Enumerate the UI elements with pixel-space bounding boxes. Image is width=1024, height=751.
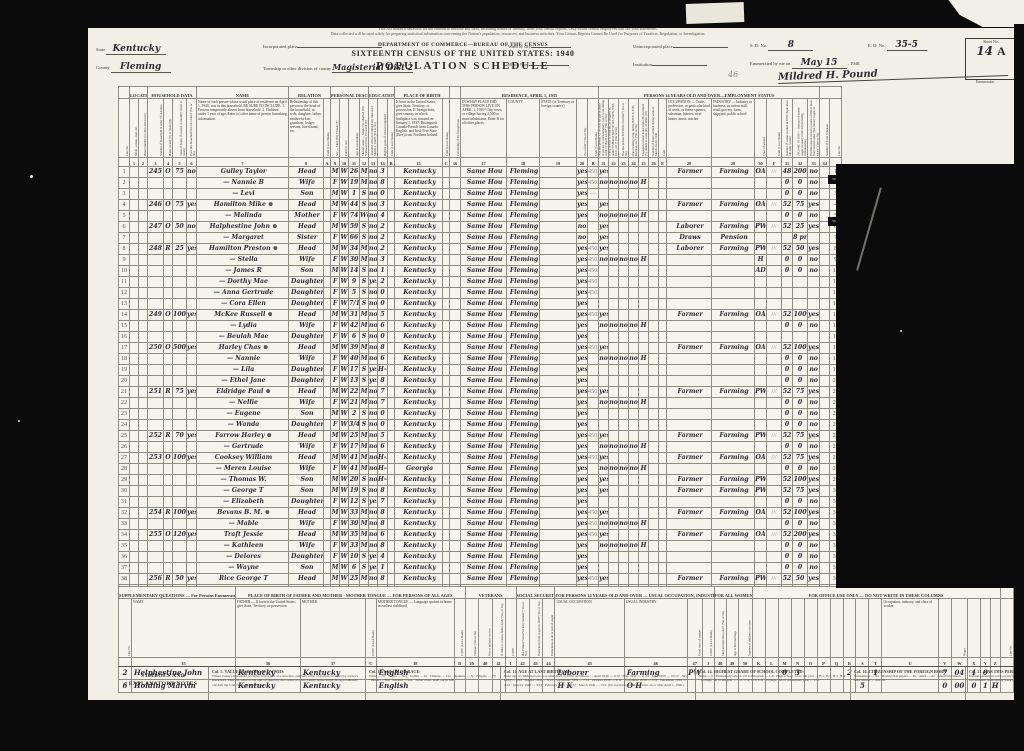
cell-pb: Kentucky bbox=[395, 442, 443, 453]
cell-oi: no bbox=[808, 189, 820, 200]
cell-mr: Wd bbox=[360, 211, 369, 222]
column-header-cA: Code (Leave blank) bbox=[324, 99, 331, 158]
cell-cf: /// bbox=[767, 387, 782, 398]
cell-fs bbox=[820, 453, 830, 464]
cell-rl: Wife bbox=[289, 178, 324, 189]
cell-rst bbox=[540, 266, 577, 277]
column-number-gr: 14 bbox=[378, 158, 388, 167]
cell-st1 bbox=[130, 387, 139, 398]
cell-cE bbox=[659, 497, 667, 508]
cell-ctz bbox=[450, 211, 461, 222]
cell-nm: Cooksey William bbox=[197, 453, 289, 464]
cell-rst bbox=[540, 475, 577, 486]
cell-oc: Farmer bbox=[667, 453, 712, 464]
cell-cw: OA bbox=[755, 508, 767, 519]
cell-tn bbox=[164, 189, 173, 200]
table-row: 13— Cora EllenDaughterFW7/12Sno0Kentucky… bbox=[119, 299, 842, 310]
cell-tn bbox=[164, 299, 173, 310]
cell-hn bbox=[139, 442, 148, 453]
cell-gr: 0 bbox=[378, 409, 388, 420]
cell-sx: F bbox=[331, 376, 340, 387]
column-group-header: RESIDENCE, APRIL 1, 1935 bbox=[461, 87, 599, 99]
cell-rco: Fleming bbox=[507, 420, 540, 431]
cell-ind bbox=[712, 519, 755, 530]
cell-rf: yes bbox=[577, 497, 588, 508]
cell-cl: W bbox=[340, 552, 349, 563]
cell-st1 bbox=[130, 222, 139, 233]
table-row: 1245O75noGulley TaylorHeadMW26Mno3Kentuc… bbox=[119, 167, 842, 178]
cell-sc: no bbox=[369, 244, 378, 255]
cell-cw: OA bbox=[755, 343, 767, 354]
cell-fs bbox=[820, 442, 830, 453]
cell-hh bbox=[148, 189, 164, 200]
cell-cw: PW bbox=[755, 475, 767, 486]
cell-rst bbox=[540, 167, 577, 178]
cell-gr: 2 bbox=[378, 233, 388, 244]
cell-gr: 8 bbox=[378, 519, 388, 530]
cell-oc bbox=[667, 442, 712, 453]
cell-sx: M bbox=[331, 310, 340, 321]
column-header-ln: Line No. bbox=[119, 99, 130, 158]
cell-sc: no bbox=[369, 255, 378, 266]
cell-rc: Same Hou bbox=[461, 420, 507, 431]
cell-ln: 8 bbox=[119, 244, 130, 255]
cell-ln: 4 bbox=[119, 200, 130, 211]
cell-wg: 100 bbox=[793, 310, 808, 321]
cell-tn: O bbox=[164, 453, 173, 464]
cell-cC bbox=[443, 475, 450, 486]
cell-cf bbox=[767, 409, 782, 420]
cell-fm bbox=[187, 255, 197, 266]
cell-pb: Kentucky bbox=[395, 574, 443, 585]
cell-e2 bbox=[609, 497, 619, 508]
cell-hh bbox=[148, 321, 164, 332]
column-header-oY bbox=[980, 599, 990, 658]
cell-oi bbox=[808, 332, 820, 343]
table-row: 21251R75yesEldridge Paul ⊗HeadMW22Mno7Ke… bbox=[119, 387, 842, 398]
cell-ag: 22 bbox=[349, 387, 360, 398]
column-header-e2: If not, was he at work on, or assigned t… bbox=[609, 99, 619, 158]
cell-oi: yes bbox=[808, 222, 820, 233]
cell-st1 bbox=[130, 409, 139, 420]
column-header-fm: Does this household live on a farm? (Yes… bbox=[187, 99, 197, 158]
cell-ind: Farming bbox=[712, 167, 755, 178]
cell-pb: Kentucky bbox=[395, 255, 443, 266]
cell-cf: /// bbox=[767, 310, 782, 321]
table-row: 8248R25yesHamilton Preston ⊗HeadMW34Mno2… bbox=[119, 244, 842, 255]
cell-pb: Kentucky bbox=[395, 211, 443, 222]
cell-sx: M bbox=[331, 222, 340, 233]
cell-wg: 0 bbox=[793, 519, 808, 530]
cell-rf: yes bbox=[577, 200, 588, 211]
cell-rl: Daughter bbox=[289, 277, 324, 288]
cell-hr bbox=[649, 277, 659, 288]
cell-e4 bbox=[629, 233, 639, 244]
cell-cB bbox=[388, 519, 395, 530]
cell-sx: M bbox=[331, 486, 340, 497]
cell-e1 bbox=[599, 332, 609, 343]
cell-fm: yes bbox=[187, 200, 197, 211]
cell-oi: no bbox=[808, 321, 820, 332]
cell-cE bbox=[659, 464, 667, 475]
cell-vl bbox=[173, 321, 187, 332]
cell-oc: Farmer bbox=[667, 530, 712, 541]
cell-gr: 3 bbox=[378, 167, 388, 178]
cell-ln: 20 bbox=[119, 376, 130, 387]
cell-rf: yes bbox=[577, 453, 588, 464]
cell-ctz bbox=[450, 552, 461, 563]
cell-nm: Hamilton Mike ⊗ bbox=[197, 200, 289, 211]
cell-rco: Fleming bbox=[507, 332, 540, 343]
cell-rst bbox=[540, 299, 577, 310]
cell-cl: W bbox=[340, 288, 349, 299]
column-number-rl: 8 bbox=[289, 158, 324, 167]
cell-e1: no bbox=[599, 211, 609, 222]
cell-e3 bbox=[619, 563, 629, 574]
cell-mr: M bbox=[360, 442, 369, 453]
cell-e3 bbox=[619, 266, 629, 277]
cell-rco: Fleming bbox=[507, 497, 540, 508]
cell-oi: yes bbox=[808, 343, 820, 354]
cell-rco: Fleming bbox=[507, 464, 540, 475]
cell-cA bbox=[324, 387, 331, 398]
cell-sx: M bbox=[331, 563, 340, 574]
cell-fs bbox=[820, 233, 830, 244]
cell-pb: Kentucky bbox=[395, 288, 443, 299]
cell-e5 bbox=[639, 574, 649, 585]
cell-pb: Kentucky bbox=[395, 431, 443, 442]
cell-hh bbox=[148, 277, 164, 288]
cell-rc: Same Hou bbox=[461, 486, 507, 497]
cell-nm: Farrow Harley ⊗ bbox=[197, 431, 289, 442]
cell-e1: yes bbox=[599, 431, 609, 442]
cell-cA bbox=[324, 310, 331, 321]
cell-wg: 0 bbox=[793, 442, 808, 453]
sd-field: S. D. No. 8 bbox=[750, 40, 813, 51]
cell-ctz bbox=[450, 343, 461, 354]
cell-cB bbox=[388, 409, 395, 420]
cell-cE bbox=[659, 288, 667, 299]
cell-e2: no bbox=[609, 398, 619, 409]
cell-cl: W bbox=[340, 475, 349, 486]
cell-rc: Same Hou bbox=[461, 178, 507, 189]
cell-wk bbox=[782, 288, 793, 299]
cell-cB bbox=[388, 354, 395, 365]
cell-rl: Head bbox=[289, 343, 324, 354]
cell-e3 bbox=[619, 574, 629, 585]
cell-ln: 37 bbox=[119, 563, 130, 574]
cell-rl: Head bbox=[289, 222, 324, 233]
cell-e1: yes bbox=[599, 475, 609, 486]
cell-cl: W bbox=[340, 178, 349, 189]
cell-vl bbox=[173, 266, 187, 277]
sheet-letter: A bbox=[997, 44, 1006, 59]
population-schedule-table-wrap: LOCATIONHOUSEHOLD DATANAMERELATIONPERSON… bbox=[118, 86, 834, 607]
cell-cw bbox=[755, 563, 767, 574]
cell-oi: no bbox=[808, 365, 820, 376]
cell-wg: 0 bbox=[793, 541, 808, 552]
column-number-rco: 18 bbox=[507, 158, 540, 167]
cell-oi: yes bbox=[808, 200, 820, 211]
cell-wk: 52 bbox=[782, 475, 793, 486]
cell-e2 bbox=[609, 222, 619, 233]
cell-wk: 52 bbox=[782, 387, 793, 398]
cell-e5 bbox=[639, 277, 649, 288]
cell-oi: yes bbox=[808, 486, 820, 497]
cell-e5: H bbox=[639, 464, 649, 475]
cell-sx: M bbox=[331, 409, 340, 420]
cell-cl: W bbox=[340, 310, 349, 321]
column-number-ctz: 16 bbox=[450, 158, 461, 167]
column-number-pb: 15 bbox=[395, 158, 443, 167]
column-header-mr: Marital status — Single (S), Married (M)… bbox=[360, 99, 369, 158]
cell-st1 bbox=[130, 189, 139, 200]
column-number-cA: A bbox=[324, 158, 331, 167]
cell-cC bbox=[443, 288, 450, 299]
cell-vl bbox=[173, 486, 187, 497]
cell-hh bbox=[148, 376, 164, 387]
cell-cD bbox=[588, 486, 599, 497]
cell-fm bbox=[187, 189, 197, 200]
cell-hr bbox=[649, 211, 659, 222]
cell-cw: PW bbox=[755, 222, 767, 233]
cell-nm: — Mable bbox=[197, 519, 289, 530]
cell-e5 bbox=[639, 497, 649, 508]
cell-e4: no bbox=[629, 464, 639, 475]
cell-cA bbox=[324, 442, 331, 453]
cell-cl: W bbox=[340, 222, 349, 233]
cell-rst bbox=[540, 420, 577, 431]
cell-cf bbox=[767, 486, 782, 497]
cell-ag: 33 bbox=[349, 541, 360, 552]
table-row: 31— ElizabethDaughterFW12Syes7KentuckySa… bbox=[119, 497, 842, 508]
column-header-mo: MOTHER bbox=[300, 599, 365, 658]
cell-cD: 4502 bbox=[588, 178, 599, 189]
cell-cD bbox=[588, 376, 599, 387]
cell-mr: M bbox=[360, 354, 369, 365]
cell-cE bbox=[659, 167, 667, 178]
cell-sx: F bbox=[331, 552, 340, 563]
cell-cE bbox=[659, 442, 667, 453]
cell-hn bbox=[139, 563, 148, 574]
cell-hr bbox=[649, 299, 659, 310]
cell-hh bbox=[148, 563, 164, 574]
cell-e4 bbox=[629, 574, 639, 585]
cell-pb: Kentucky bbox=[395, 200, 443, 211]
cell-cE bbox=[659, 563, 667, 574]
cell-e1: no bbox=[599, 398, 609, 409]
cell-gr: 8 bbox=[378, 574, 388, 585]
cell-ind bbox=[712, 497, 755, 508]
cell-e1: no bbox=[599, 255, 609, 266]
cell-oc bbox=[667, 541, 712, 552]
cell-cl: W bbox=[340, 200, 349, 211]
cell-hn bbox=[139, 541, 148, 552]
cell-rf: yes bbox=[577, 299, 588, 310]
column-number-cw: 30 bbox=[755, 158, 767, 167]
cell-oc bbox=[667, 266, 712, 277]
cell-sc: no bbox=[369, 233, 378, 244]
cell-ind bbox=[712, 354, 755, 365]
cell-e1: yes bbox=[599, 343, 609, 354]
cell-rl: Sister bbox=[289, 233, 324, 244]
table-row: 28— Meren LouiseWifeFW41MnoH-4GeorgiaSam… bbox=[119, 464, 842, 475]
cell-wg bbox=[793, 288, 808, 299]
cell-ln: 29 bbox=[119, 475, 130, 486]
cell-oc bbox=[667, 365, 712, 376]
cell-cB bbox=[388, 574, 395, 585]
cell-oi: no bbox=[808, 563, 820, 574]
cell-ind bbox=[712, 288, 755, 299]
cell-cE bbox=[659, 189, 667, 200]
cell-ctz bbox=[450, 178, 461, 189]
cell-fs bbox=[820, 475, 830, 486]
cell-hr bbox=[649, 288, 659, 299]
cell-cl: W bbox=[340, 332, 349, 343]
scan-speck bbox=[18, 420, 20, 422]
column-number-e5: 25 bbox=[639, 158, 649, 167]
column-header-v1: Veteran? (Yes or No) bbox=[465, 599, 478, 658]
cell-gr: 8 bbox=[378, 486, 388, 497]
cell-e2 bbox=[609, 486, 619, 497]
cell-e5: H bbox=[639, 178, 649, 189]
cell-ind bbox=[712, 376, 755, 387]
column-number-vl: 5 bbox=[173, 158, 187, 167]
cell-e3 bbox=[619, 200, 629, 211]
cell-ctz bbox=[450, 431, 461, 442]
cell-nm: — Beulah Mae bbox=[197, 332, 289, 343]
column-header-oR bbox=[843, 599, 856, 658]
cell-cD bbox=[588, 409, 599, 420]
column-group-header: NAME bbox=[197, 87, 289, 99]
cell-hn bbox=[139, 387, 148, 398]
cell-oc bbox=[667, 409, 712, 420]
cell-e5: H bbox=[639, 398, 649, 409]
column-number-rst: 19 bbox=[540, 158, 577, 167]
cell-fm bbox=[187, 211, 197, 222]
cell-ctz bbox=[450, 541, 461, 552]
column-header-e4: If not seeking work, did he HAVE A JOB, … bbox=[629, 99, 639, 158]
cell-wg bbox=[793, 299, 808, 310]
cell-ag: 14 bbox=[349, 266, 360, 277]
cell-cC bbox=[443, 563, 450, 574]
cell-fs bbox=[820, 354, 830, 365]
cell-e5: H bbox=[639, 321, 649, 332]
cell-cE bbox=[659, 255, 667, 266]
cell-cl: W bbox=[340, 442, 349, 453]
cell-cC bbox=[443, 233, 450, 244]
cell-ag: 3/4 bbox=[349, 420, 360, 431]
cell-mr: M bbox=[360, 167, 369, 178]
cell-e4 bbox=[629, 266, 639, 277]
column-header-oU: Occupation, industry, and class of worke… bbox=[882, 599, 938, 658]
table-row: 9— StellaWifeFW30Mno3KentuckySame HouFle… bbox=[119, 255, 842, 266]
column-number-fs: 34 bbox=[820, 158, 830, 167]
cell-cB bbox=[388, 189, 395, 200]
cell-rst bbox=[540, 519, 577, 530]
cell-oi: yes bbox=[808, 310, 820, 321]
cell-vl: 50 bbox=[173, 222, 187, 233]
cell-mr: M bbox=[360, 387, 369, 398]
cell-tn: O bbox=[164, 310, 173, 321]
cell-e2 bbox=[609, 475, 619, 486]
column-header-cC: Code (Leave blank) bbox=[443, 99, 450, 158]
cell-cB bbox=[388, 365, 395, 376]
cell-e4 bbox=[629, 376, 639, 387]
cell-cl: W bbox=[340, 277, 349, 288]
cell-gr: 0 bbox=[378, 189, 388, 200]
cell-ctz bbox=[450, 321, 461, 332]
cell-fm bbox=[187, 442, 197, 453]
cell-e4 bbox=[629, 508, 639, 519]
cell-e3 bbox=[619, 530, 629, 541]
cell-nm: — Kathleen bbox=[197, 541, 289, 552]
cell-cC bbox=[443, 178, 450, 189]
cell-rst bbox=[540, 486, 577, 497]
cell-e5 bbox=[639, 486, 649, 497]
cell-ln: 12 bbox=[119, 288, 130, 299]
cell-cD bbox=[588, 475, 599, 486]
cell-rc: Same Hou bbox=[461, 519, 507, 530]
cell-e3 bbox=[619, 310, 629, 321]
column-group-header bbox=[820, 87, 842, 99]
cell-ln: 26 bbox=[119, 442, 130, 453]
cell-hh: 256 bbox=[148, 574, 164, 585]
cell-fm bbox=[187, 354, 197, 365]
cell-e1: yes bbox=[599, 486, 609, 497]
column-header-e3: Was this person SEEKING WORK? (Yes or No… bbox=[619, 99, 629, 158]
cell-e5: H bbox=[639, 354, 649, 365]
cell-cA bbox=[324, 431, 331, 442]
column-number-e3: 23 bbox=[619, 158, 629, 167]
cell-rf: yes bbox=[577, 431, 588, 442]
cell-e5 bbox=[639, 244, 649, 255]
cell-sx: F bbox=[331, 299, 340, 310]
cell-oi: yes bbox=[808, 453, 820, 464]
cell-mr: S bbox=[360, 420, 369, 431]
cell-vl: 1000 bbox=[173, 453, 187, 464]
note-body: None — 0 · Elementary school, 1st to 8th… bbox=[699, 674, 847, 683]
cell-ag: 33 bbox=[349, 508, 360, 519]
cell-hr bbox=[649, 222, 659, 233]
table-row: 35— KathleenWifeFW33Mno8KentuckySame Hou… bbox=[119, 541, 842, 552]
cell-rf: no bbox=[577, 222, 588, 233]
cell-nm: Traft Jessie bbox=[197, 530, 289, 541]
cell-cf bbox=[767, 233, 782, 244]
cell-ln: 16 bbox=[119, 332, 130, 343]
cell-cD bbox=[588, 299, 599, 310]
cell-hr bbox=[649, 376, 659, 387]
column-header-cD: Code (Leave blank) bbox=[588, 99, 599, 158]
cell-st1 bbox=[130, 486, 139, 497]
cell-hh bbox=[148, 497, 164, 508]
cell-cC bbox=[443, 574, 450, 585]
cell-fm: yes bbox=[187, 244, 197, 255]
cell-rst bbox=[540, 310, 577, 321]
cell-mr: S bbox=[360, 189, 369, 200]
cell-ag: 66 bbox=[349, 233, 360, 244]
cell-cB bbox=[388, 464, 395, 475]
cell-cf: /// bbox=[767, 343, 782, 354]
cell-tn: R bbox=[164, 508, 173, 519]
cell-cl: W bbox=[340, 563, 349, 574]
cell-nm: — Delores bbox=[197, 552, 289, 563]
cell-rl: Wife bbox=[289, 255, 324, 266]
cell-e3 bbox=[619, 497, 629, 508]
column-header-ss2: Deductions from wages in 1939? (Yes or N… bbox=[529, 599, 542, 658]
cell-e1 bbox=[599, 365, 609, 376]
cell-e4 bbox=[629, 222, 639, 233]
